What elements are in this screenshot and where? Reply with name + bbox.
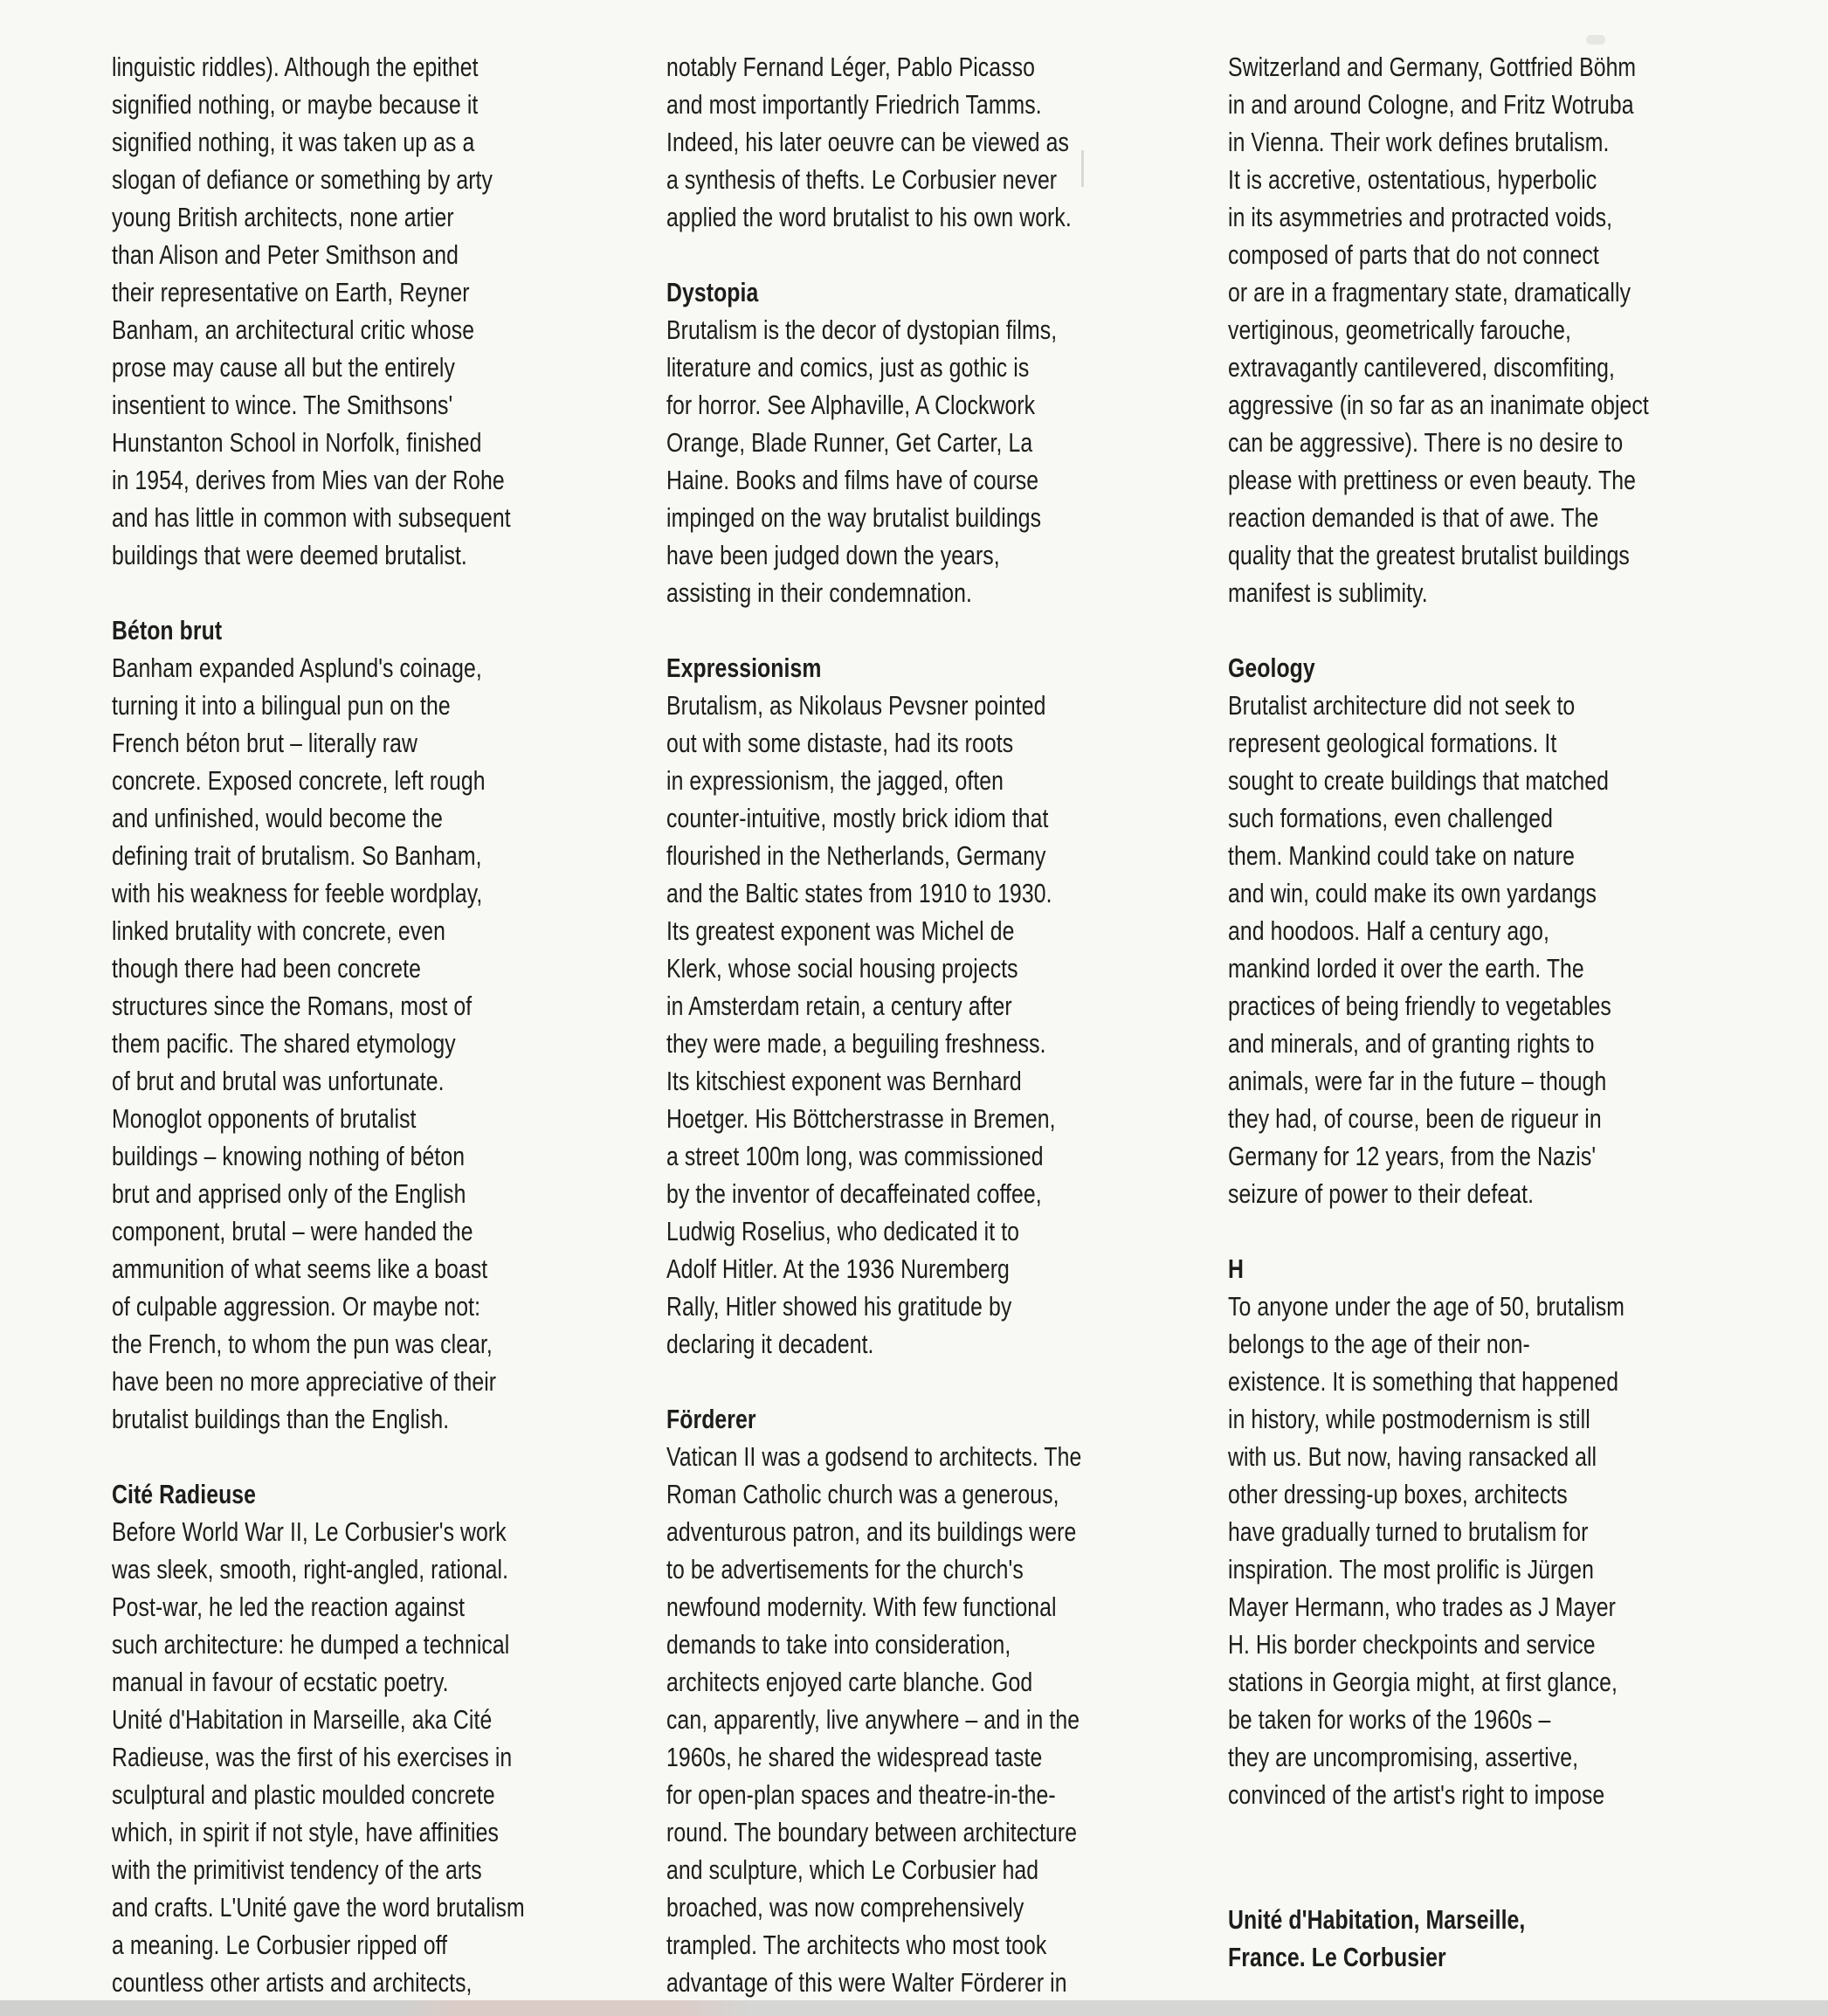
text-line: defining trait of brutalism. So Banham, [112, 837, 507, 874]
text-line: such architecture: he dumped a technical [112, 1626, 507, 1663]
text-line: notably Fernand Léger, Pablo Picasso [666, 48, 1062, 86]
text-line: young British architects, none artier [112, 198, 507, 236]
text-line: for open-plan spaces and theatre-in-the- [666, 1776, 1062, 1813]
section-heading: Béton brut [112, 611, 507, 649]
text-line: in expressionism, the jagged, often [666, 762, 1062, 799]
text-line: Indeed, his later oeuvre can be viewed a… [666, 123, 1062, 161]
text-line: in Amsterdam retain, a century after [666, 987, 1062, 1025]
text-line: belongs to the age of their non- [1228, 1325, 1624, 1363]
text-line: H. His border checkpoints and service [1228, 1626, 1624, 1663]
text-line: flourished in the Netherlands, Germany [666, 837, 1062, 874]
text-line: and minerals, and of granting rights to [1228, 1025, 1624, 1062]
text-line: slogan of defiance or something by arty [112, 161, 507, 198]
text-line: quality that the greatest brutalist buil… [1228, 536, 1624, 574]
text-line: to be advertisements for the church's [666, 1550, 1062, 1588]
text-line: Hunstanton School in Norfolk, finished [112, 424, 507, 461]
photo-caption: Unité d'Habitation, Marseille,France. Le… [1228, 1901, 1624, 1976]
text-line: It is accretive, ostentatious, hyperboli… [1228, 161, 1624, 198]
text-line: and hoodoos. Half a century ago, [1228, 912, 1624, 949]
text-line: they were made, a beguiling freshness. [666, 1025, 1062, 1062]
text-line: Brutalism is the decor of dystopian film… [666, 311, 1062, 349]
text-line: and the Baltic states from 1910 to 1930. [666, 874, 1062, 912]
text-line: manual in favour of ecstatic poetry. [112, 1663, 507, 1701]
text-line: Before World War II, Le Corbusier's work [112, 1513, 507, 1550]
body-paragraph: Brutalist architecture did not seek tore… [1228, 687, 1624, 1212]
text-line: in and around Cologne, and Fritz Wotruba [1228, 86, 1624, 123]
text-line: and unfinished, would become the [112, 799, 507, 837]
article-column-1: linguistic riddles). Although the epithe… [112, 48, 507, 2001]
text-line: Hoetger. His Böttcherstrasse in Bremen, [666, 1100, 1062, 1137]
text-line: a meaning. Le Corbusier ripped off [112, 1926, 507, 1964]
text-line: brut and apprised only of the English [112, 1175, 507, 1212]
section-heading: H [1228, 1250, 1624, 1288]
text-line: Banham expanded Asplund's coinage, [112, 649, 507, 687]
text-line: practices of being friendly to vegetable… [1228, 987, 1624, 1025]
section-heading: Förderer [666, 1400, 1062, 1438]
text-line: Klerk, whose social housing projects [666, 949, 1062, 987]
text-line: their representative on Earth, Reyner [112, 273, 507, 311]
text-line: Brutalist architecture did not seek to [1228, 687, 1624, 724]
text-line: trampled. The architects who most took [666, 1926, 1062, 1964]
body-paragraph: linguistic riddles). Although the epithe… [112, 48, 507, 574]
text-line: which, in spirit if not style, have affi… [112, 1813, 507, 1851]
text-line: be taken for works of the 1960s – [1228, 1701, 1624, 1738]
text-line: can be aggressive). There is no desire t… [1228, 424, 1624, 461]
text-line: demands to take into consideration, [666, 1626, 1062, 1663]
text-line: ammunition of what seems like a boast [112, 1250, 507, 1288]
text-line: Unité d'Habitation in Marseille, aka Cit… [112, 1701, 507, 1738]
text-line: Mayer Hermann, who trades as J Mayer [1228, 1588, 1624, 1626]
text-line: they had, of course, been de rigueur in [1228, 1100, 1624, 1137]
scan-artifact-smudge [1586, 35, 1605, 45]
text-line: impinged on the way brutalist buildings [666, 499, 1062, 536]
text-line: vertiginous, geometrically farouche, [1228, 311, 1624, 349]
text-line: Its kitschiest exponent was Bernhard [666, 1062, 1062, 1100]
text-line: and sculpture, which Le Corbusier had [666, 1851, 1062, 1888]
text-line: out with some distaste, had its roots [666, 724, 1062, 762]
text-line: prose may cause all but the entirely [112, 349, 507, 386]
text-line: in history, while postmodernism is still [1228, 1400, 1624, 1438]
text-line: mankind lorded it over the earth. The [1228, 949, 1624, 987]
text-line: round. The boundary between architecture [666, 1813, 1062, 1851]
text-line: Switzerland and Germany, Gottfried Böhm [1228, 48, 1624, 86]
body-paragraph: Switzerland and Germany, Gottfried Böhmi… [1228, 48, 1624, 611]
text-line: they are uncompromising, assertive, [1228, 1738, 1624, 1776]
text-line: existence. It is something that happened [1228, 1363, 1624, 1400]
scanned-article-page: linguistic riddles). Although the epithe… [0, 0, 1828, 2016]
scan-artifact-streak [1081, 150, 1084, 187]
text-line: them. Mankind could take on nature [1228, 837, 1624, 874]
scan-edge-band [0, 2000, 1828, 2016]
text-line: advantage of this were Walter Förderer i… [666, 1964, 1062, 2001]
text-line: Germany for 12 years, from the Nazis' [1228, 1137, 1624, 1175]
text-line: signified nothing, it was taken up as a [112, 123, 507, 161]
text-line: with the primitivist tendency of the art… [112, 1851, 507, 1888]
text-line: declaring it decadent. [666, 1325, 1062, 1363]
text-line: with us. But now, having ransacked all [1228, 1438, 1624, 1475]
text-line: adventurous patron, and its buildings we… [666, 1513, 1062, 1550]
section-heading: Expressionism [666, 649, 1062, 687]
text-line: of brut and brutal was unfortunate. [112, 1062, 507, 1100]
article-column-2: notably Fernand Léger, Pablo Picassoand … [666, 48, 1062, 2001]
text-line: France. Le Corbusier [1228, 1938, 1624, 1976]
text-line: Roman Catholic church was a generous, [666, 1475, 1062, 1513]
text-line: assisting in their condemnation. [666, 574, 1062, 611]
text-line: literature and comics, just as gothic is [666, 349, 1062, 386]
text-line: in its asymmetries and protracted voids, [1228, 198, 1624, 236]
text-line: sculptural and plastic moulded concrete [112, 1776, 507, 1813]
text-line: of culpable aggression. Or maybe not: [112, 1288, 507, 1325]
text-line: French béton brut – literally raw [112, 724, 507, 762]
text-line: a synthesis of thefts. Le Corbusier neve… [666, 161, 1062, 198]
text-line: with his weakness for feeble wordplay, [112, 874, 507, 912]
text-line: brutalist buildings than the English. [112, 1400, 507, 1438]
text-line: Post-war, he led the reaction against [112, 1588, 507, 1626]
body-paragraph: Before World War II, Le Corbusier's work… [112, 1513, 507, 2001]
text-line: have been no more appreciative of their [112, 1363, 507, 1400]
text-line: Brutalism, as Nikolaus Pevsner pointed [666, 687, 1062, 724]
text-line: Banham, an architectural critic whose [112, 311, 507, 349]
text-line: sought to create buildings that matched [1228, 762, 1624, 799]
text-line: extravagantly cantilevered, discomfiting… [1228, 349, 1624, 386]
text-line: convinced of the artist's right to impos… [1228, 1776, 1624, 1813]
text-line: Rally, Hitler showed his gratitude by [666, 1288, 1062, 1325]
text-line: inspiration. The most prolific is Jürgen [1228, 1550, 1624, 1588]
text-line: in Vienna. Their work defines brutalism. [1228, 123, 1624, 161]
text-line: and win, could make its own yardangs [1228, 874, 1624, 912]
text-line: newfound modernity. With few functional [666, 1588, 1062, 1626]
body-paragraph: To anyone under the age of 50, brutalism… [1228, 1288, 1624, 1813]
text-line: or are in a fragmentary state, dramatica… [1228, 273, 1624, 311]
text-line: linked brutality with concrete, even [112, 912, 507, 949]
text-line: structures since the Romans, most of [112, 987, 507, 1025]
text-line: other dressing-up boxes, architects [1228, 1475, 1624, 1513]
text-line: such formations, even challenged [1228, 799, 1624, 837]
text-line: insentient to wince. The Smithsons' [112, 386, 507, 424]
text-line: seizure of power to their defeat. [1228, 1175, 1624, 1212]
text-line: have been judged down the years, [666, 536, 1062, 574]
text-line: animals, were far in the future – though [1228, 1062, 1624, 1100]
text-line: Ludwig Roselius, who dedicated it to [666, 1212, 1062, 1250]
text-line: them pacific. The shared etymology [112, 1025, 507, 1062]
text-line: Unité d'Habitation, Marseille, [1228, 1901, 1624, 1938]
section-heading: Geology [1228, 649, 1624, 687]
text-line: broached, was now comprehensively [666, 1888, 1062, 1926]
text-line: a street 100m long, was commissioned [666, 1137, 1062, 1175]
text-line: for horror. See Alphaville, A Clockwork [666, 386, 1062, 424]
body-paragraph: Banham expanded Asplund's coinage,turnin… [112, 649, 507, 1438]
text-line: represent geological formations. It [1228, 724, 1624, 762]
text-line: aggressive (in so far as an inanimate ob… [1228, 386, 1624, 424]
text-line: signified nothing, or maybe because it [112, 86, 507, 123]
text-line: 1960s, he shared the widespread taste [666, 1738, 1062, 1776]
text-line: have gradually turned to brutalism for [1228, 1513, 1624, 1550]
text-line: Monoglot opponents of brutalist [112, 1100, 507, 1137]
text-line: by the inventor of decaffeinated coffee, [666, 1175, 1062, 1212]
text-line: stations in Georgia might, at first glan… [1228, 1663, 1624, 1701]
text-line: can, apparently, live anywhere – and in … [666, 1701, 1062, 1738]
text-line: component, brutal – were handed the [112, 1212, 507, 1250]
text-line: Adolf Hitler. At the 1936 Nuremberg [666, 1250, 1062, 1288]
text-line: manifest is sublimity. [1228, 574, 1624, 611]
text-line: composed of parts that do not connect [1228, 236, 1624, 273]
text-line: please with prettiness or even beauty. T… [1228, 461, 1624, 499]
text-line: To anyone under the age of 50, brutalism [1228, 1288, 1624, 1325]
text-line: reaction demanded is that of awe. The [1228, 499, 1624, 536]
body-paragraph: Vatican II was a godsend to architects. … [666, 1438, 1062, 2001]
text-line: linguistic riddles). Although the epithe… [112, 48, 507, 86]
text-line: Orange, Blade Runner, Get Carter, La [666, 424, 1062, 461]
text-line: than Alison and Peter Smithson and [112, 236, 507, 273]
text-line: concrete. Exposed concrete, left rough [112, 762, 507, 799]
article-column-3: Switzerland and Germany, Gottfried Böhmi… [1228, 48, 1624, 1976]
text-line: countless other artists and architects, [112, 1964, 507, 2001]
text-line: and most importantly Friedrich Tamms. [666, 86, 1062, 123]
text-line: Its greatest exponent was Michel de [666, 912, 1062, 949]
text-line: applied the word brutalist to his own wo… [666, 198, 1062, 236]
section-heading: Dystopia [666, 273, 1062, 311]
text-line: was sleek, smooth, right-angled, rationa… [112, 1550, 507, 1588]
section-heading: Cité Radieuse [112, 1475, 507, 1513]
body-paragraph: notably Fernand Léger, Pablo Picassoand … [666, 48, 1062, 236]
text-line: buildings that were deemed brutalist. [112, 536, 507, 574]
text-line: turning it into a bilingual pun on the [112, 687, 507, 724]
text-line: buildings – knowing nothing of béton [112, 1137, 507, 1175]
text-line: in 1954, derives from Mies van der Rohe [112, 461, 507, 499]
text-line: Vatican II was a godsend to architects. … [666, 1438, 1062, 1475]
body-paragraph: Brutalism is the decor of dystopian film… [666, 311, 1062, 611]
text-line: though there had been concrete [112, 949, 507, 987]
text-line: the French, to whom the pun was clear, [112, 1325, 507, 1363]
text-line: and has little in common with subsequent [112, 499, 507, 536]
text-line: counter-intuitive, mostly brick idiom th… [666, 799, 1062, 837]
text-line: architects enjoyed carte blanche. God [666, 1663, 1062, 1701]
text-line: Haine. Books and films have of course [666, 461, 1062, 499]
text-line: Radieuse, was the first of his exercises… [112, 1738, 507, 1776]
body-paragraph: Brutalism, as Nikolaus Pevsner pointedou… [666, 687, 1062, 1363]
text-line: and crafts. L'Unité gave the word brutal… [112, 1888, 507, 1926]
